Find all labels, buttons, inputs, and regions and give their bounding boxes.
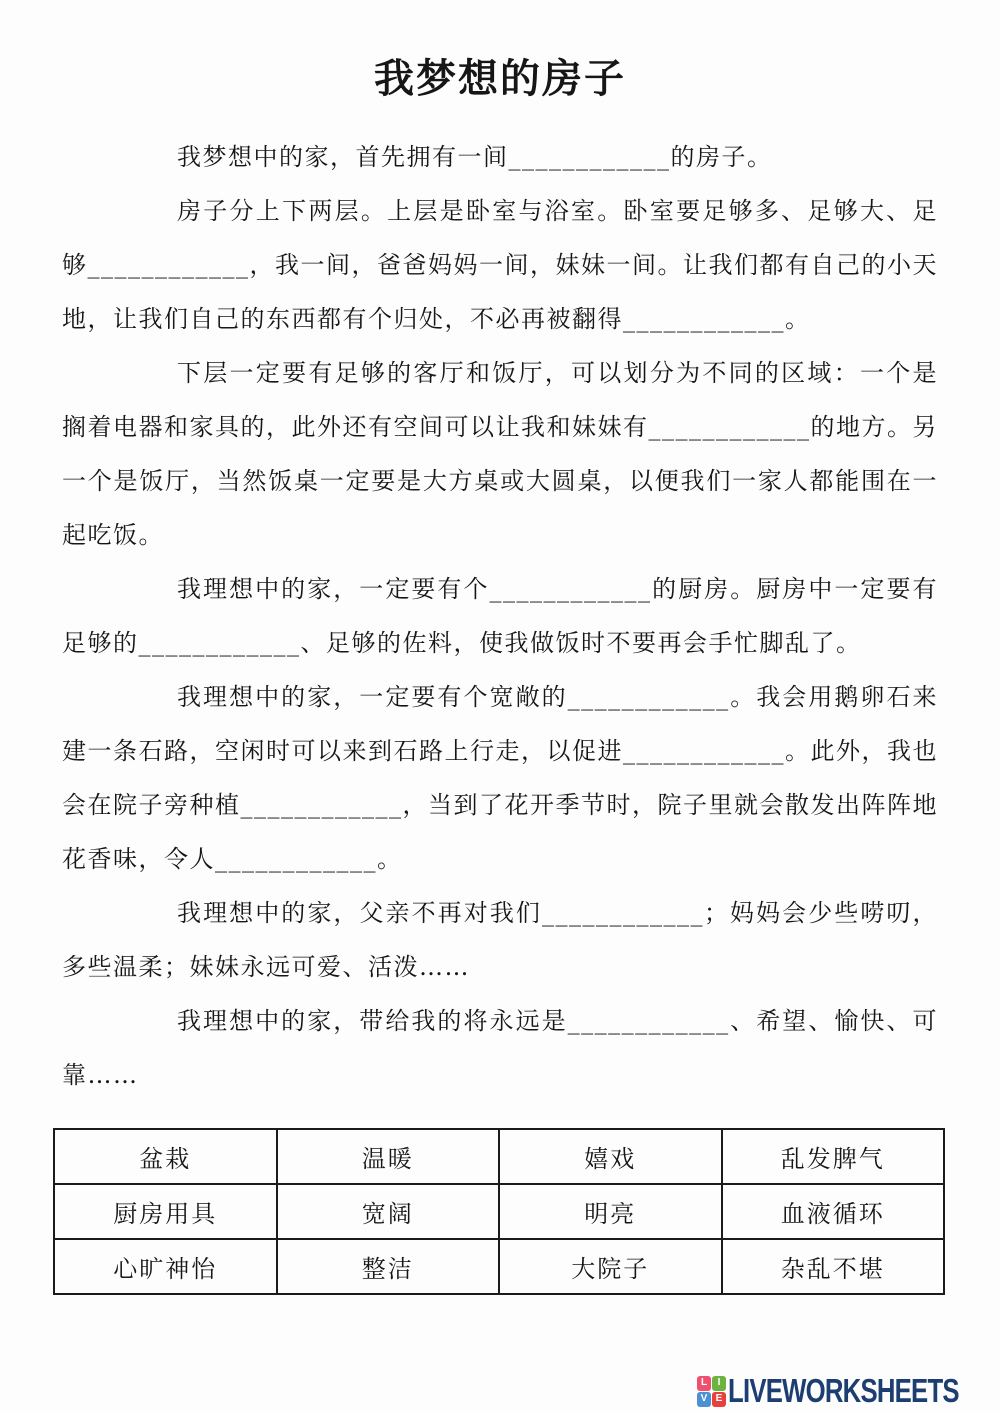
word-bank-cell: 明亮: [499, 1184, 722, 1239]
essay-paragraph: 我理想中的家，一定要有个____________的厨房。厨房中一定要有足够的__…: [62, 562, 938, 670]
liveworksheets-grid-icon: L I V E: [697, 1376, 726, 1407]
essay-paragraph: 我理想中的家，一定要有个宽敞的____________。我会用鹅卵石来建一条石路…: [62, 670, 938, 886]
logo-tile-e: E: [712, 1392, 726, 1407]
worksheet-page: 我梦想的房子 我梦想中的家，首先拥有一间____________的房子。 房子分…: [0, 0, 1000, 1413]
word-bank-cell: 盆栽: [54, 1129, 277, 1184]
essay-paragraph: 我理想中的家，带给我的将永远是____________、希望、愉快、可靠……: [62, 994, 938, 1102]
word-bank-cell: 血液循环: [722, 1184, 945, 1239]
word-bank-cell: 宽阔: [277, 1184, 500, 1239]
word-bank-cell: 嬉戏: [499, 1129, 722, 1184]
essay-paragraph: 下层一定要有足够的客厅和饭厅，可以划分为不同的区域：一个是搁着电器和家具的，此外…: [62, 346, 938, 562]
table-row: 心旷神怡 整洁 大院子 杂乱不堪: [54, 1239, 944, 1294]
essay-paragraph: 我理想中的家，父亲不再对我们____________；妈妈会少些唠叨，多些温柔；…: [62, 886, 938, 994]
logo-tile-l: L: [697, 1376, 711, 1391]
table-row: 盆栽 温暖 嬉戏 乱发脾气: [54, 1129, 944, 1184]
word-bank-cell: 厨房用具: [54, 1184, 277, 1239]
word-bank-cell: 心旷神怡: [54, 1239, 277, 1294]
essay-paragraph: 我梦想中的家，首先拥有一间____________的房子。: [62, 130, 938, 184]
table-row: 厨房用具 宽阔 明亮 血液循环: [54, 1184, 944, 1239]
essay-body: 我梦想中的家，首先拥有一间____________的房子。 房子分上下两层。上层…: [62, 130, 938, 1102]
logo-tile-i: I: [712, 1376, 726, 1391]
page-title: 我梦想的房子: [0, 0, 1000, 102]
word-bank-cell: 杂乱不堪: [722, 1239, 945, 1294]
word-bank-table: 盆栽 温暖 嬉戏 乱发脾气 厨房用具 宽阔 明亮 血液循环 心旷神怡 整洁 大院…: [53, 1128, 945, 1295]
logo-tile-v: V: [697, 1392, 711, 1407]
word-bank-cell: 乱发脾气: [722, 1129, 945, 1184]
word-bank-cell: 温暖: [277, 1129, 500, 1184]
liveworksheets-logo[interactable]: L I V E LIVEWORKSHEETS: [697, 1372, 1000, 1410]
logo-wordmark: LIVEWORKSHEETS: [728, 1372, 959, 1410]
essay-paragraph: 房子分上下两层。上层是卧室与浴室。卧室要足够多、足够大、足够__________…: [62, 184, 938, 346]
word-bank-cell: 大院子: [499, 1239, 722, 1294]
word-bank-cell: 整洁: [277, 1239, 500, 1294]
